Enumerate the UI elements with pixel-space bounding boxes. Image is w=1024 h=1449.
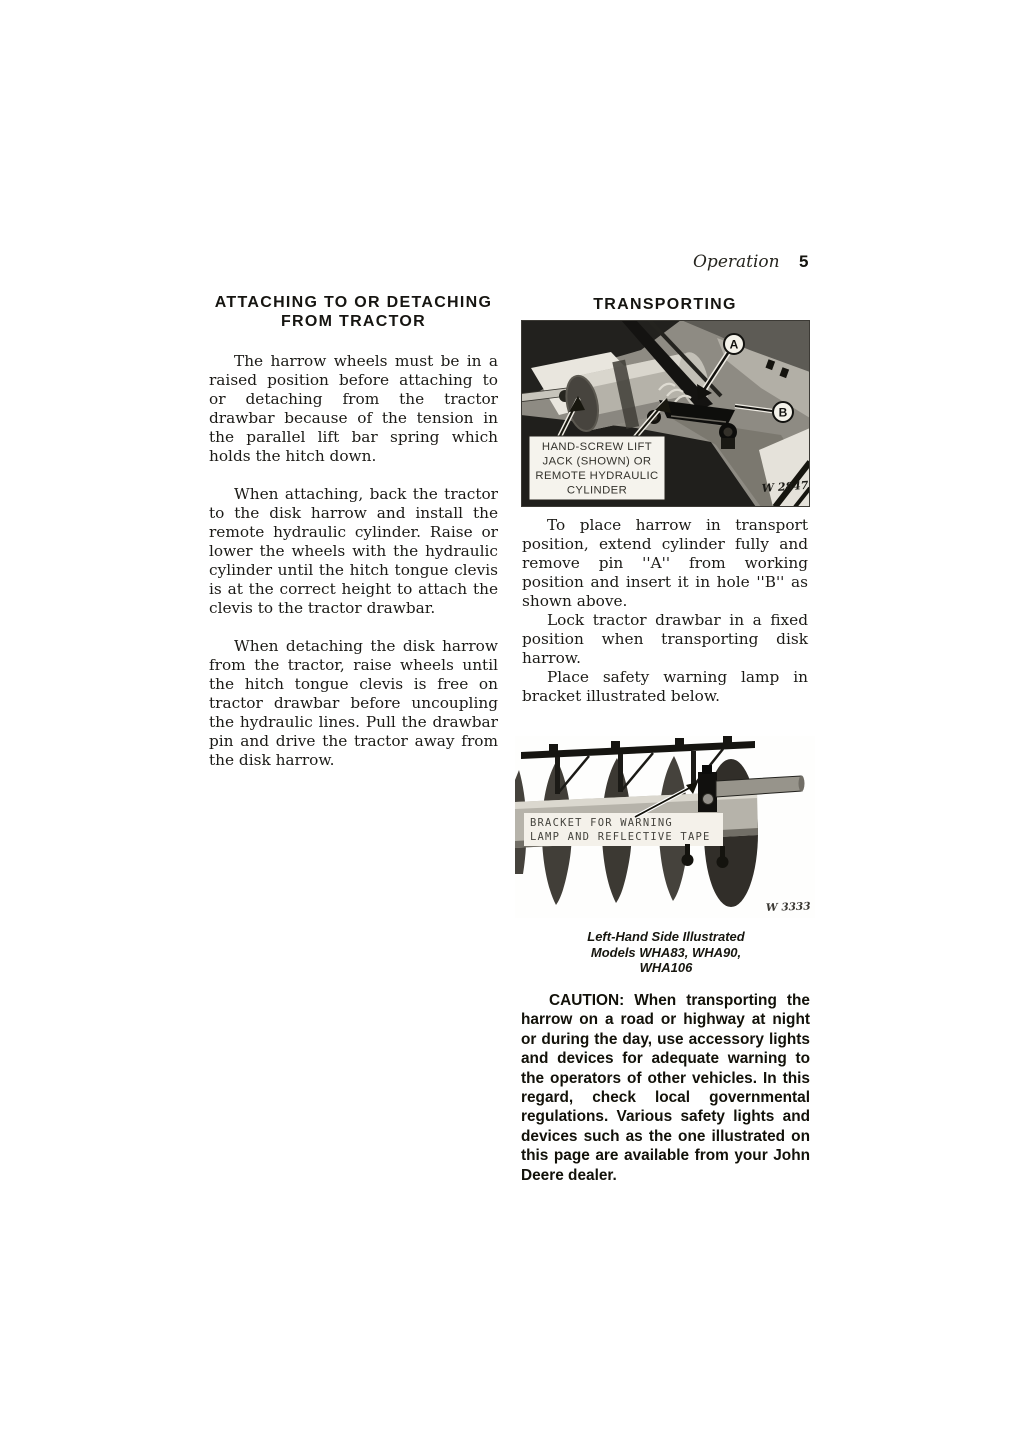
jack-label-box: HAND-SCREW LIFT JACK (SHOWN) OR REMOTE H… — [529, 436, 665, 500]
paragraph-attaching-3: When detaching the disk harrow from the … — [209, 637, 498, 770]
right-column-body: To place harrow in transport position, e… — [522, 516, 808, 706]
jack-label-line-1: HAND-SCREW LIFT — [542, 441, 652, 453]
paragraph-attaching-1: The harrow wheels must be in a raised po… — [209, 352, 498, 466]
jack-label-line-4: CYLINDER — [567, 485, 627, 497]
harrow-frame-photo: A B HAND-SCREW LIFT JACK (SHOWN) OR REMO… — [521, 320, 810, 507]
caption-line-1: Left-Hand Side Illustrated — [520, 929, 812, 945]
heading-line-2: FROM TRACTOR — [209, 312, 498, 331]
manual-page: Operation 5 ATTACHING TO OR DETACHING FR… — [0, 0, 1024, 1449]
paragraph-transport-2: Lock tractor drawbar in a fixed position… — [522, 611, 808, 668]
caption-line-2: Models WHA83, WHA90, — [520, 945, 812, 961]
running-header-section: Operation — [693, 252, 780, 272]
bracket-label-line-2: LAMP AND REFLECTIVE TAPE — [530, 831, 711, 843]
bracket-label-strip: BRACKET FOR WARNING LAMP AND REFLECTIVE … — [524, 813, 723, 846]
jack-label-line-3: REMOTE HYDRAULIC — [535, 470, 658, 482]
jack-label-line-2: JACK (SHOWN) OR — [543, 456, 652, 468]
callout-b-letter: B — [779, 406, 788, 420]
page-number: 5 — [799, 252, 808, 272]
caution-paragraph: CAUTION: When transporting the harrow on… — [521, 991, 810, 1185]
heading-line-1: ATTACHING TO OR DETACHING — [209, 293, 498, 312]
section-heading-transporting: TRANSPORTING — [520, 295, 810, 314]
left-column-body: The harrow wheels must be in a raised po… — [209, 352, 498, 770]
caption-line-3: WHA106 — [520, 960, 812, 976]
bracket-label-line-1: BRACKET FOR WARNING — [530, 817, 673, 829]
photo-code-w3333: W 3333 — [766, 900, 811, 914]
paragraph-attaching-2: When attaching, back the tractor to the … — [209, 485, 498, 618]
paragraph-transport-1: To place harrow in transport position, e… — [522, 516, 808, 611]
figure-transport-pin-photo: A B HAND-SCREW LIFT JACK (SHOWN) OR REMO… — [521, 320, 810, 507]
paragraph-transport-3: Place safety warning lamp in bracket ill… — [522, 668, 808, 706]
figure-caption: Left-Hand Side Illustrated Models WHA83,… — [520, 929, 812, 976]
figure-warning-lamp-bracket-photo: BRACKET FOR WARNING LAMP AND REFLECTIVE … — [515, 736, 815, 918]
disk-blades-photo: BRACKET FOR WARNING LAMP AND REFLECTIVE … — [515, 736, 815, 918]
section-heading-attaching: ATTACHING TO OR DETACHING FROM TRACTOR — [209, 293, 498, 331]
callout-a-letter: A — [730, 338, 739, 352]
